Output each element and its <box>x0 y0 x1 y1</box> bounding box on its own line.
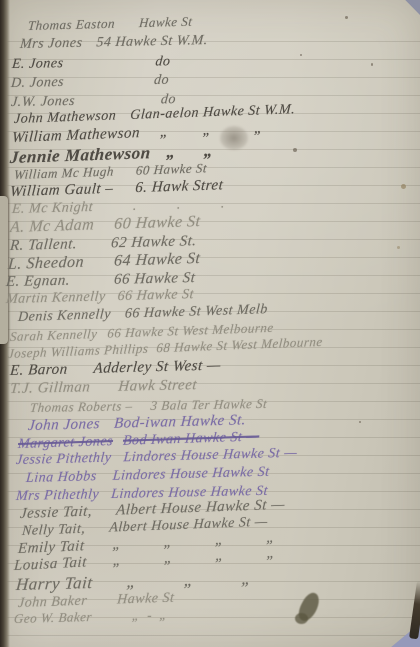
entry-address: 60 Hawke St <box>114 213 202 233</box>
entry-name: Harry Tait <box>15 573 93 594</box>
entry-address: Adderley St West — <box>93 357 221 376</box>
entry-name: A. Mc Adam <box>9 216 94 236</box>
entry-address: Bod-iwan Hawke St. <box>113 412 246 431</box>
entry-address: Lindores House Hawke St — <box>123 446 298 466</box>
entry-name: E. Jones <box>11 56 64 72</box>
entry-name: R. Tallent. <box>9 236 77 254</box>
entry-name: Lina Hobbs <box>25 469 97 486</box>
entry-name: John Mathewson <box>14 108 117 127</box>
entry-name: John Jones <box>27 416 100 434</box>
entry-name: E. Mc Knight <box>11 200 93 217</box>
entry-address: Hawke St <box>117 591 175 608</box>
entry-name: Geo W. Baker <box>13 609 92 626</box>
entry-name: William Gault – <box>9 181 113 200</box>
entry-address: 6. Hawk Stret <box>135 177 224 196</box>
entry-address: 64 Hawke St <box>113 250 201 270</box>
entry-address: 3 Bala Ter Hawke St <box>150 396 268 413</box>
entry-name: J.W. Jones <box>10 94 75 110</box>
entry-address: . . . <box>132 196 225 213</box>
entry-name: E. Baron <box>9 361 68 379</box>
register-entry: Geo W. Baker„ - „ <box>13 607 168 627</box>
entry-address: Lindores House Hawke St <box>112 465 270 484</box>
register-entry: D. Jonesdo <box>10 73 169 92</box>
entry-name: Jessie Pithethly <box>15 450 112 468</box>
entry-name: T.J. Gillman <box>9 379 91 397</box>
entry-name: L. Sheedon <box>7 254 84 273</box>
entry-name: Louisa Tait <box>14 554 88 574</box>
entry-address: 66 Hawke St West Melb <box>124 302 268 322</box>
entry-name: Martin Kennelly <box>5 289 106 307</box>
entry-address: 66 Hawke St <box>117 287 194 304</box>
register-page: Thomas EastonHawke StMrs Jones54 Hawke S… <box>0 0 420 647</box>
entry-address: do <box>160 92 176 107</box>
entry-address: Hawke St <box>138 14 193 30</box>
entry-name: Thomas Roberts – <box>29 398 133 415</box>
entry-address: 54 Hawke St W.M. <box>96 33 209 50</box>
entry-address: „ „ <box>166 141 214 162</box>
entry-address: 62 Hawke St. <box>110 233 197 251</box>
entry-address: Bod Iwan Hawke St — <box>122 429 259 448</box>
register-entry: T.J. GillmanHawk Street <box>9 377 197 398</box>
entry-address: do <box>153 73 169 88</box>
entry-address: 66 Hawke St <box>113 270 196 288</box>
entry-name: William Mathewson <box>12 125 141 146</box>
entry-name: Nelly Tait, <box>22 522 86 539</box>
entry-address: do <box>155 54 171 69</box>
entry-name: Mrs Jones <box>19 36 83 52</box>
entry-name: Margaret Jones <box>17 434 113 452</box>
entry-name: William Mc Hugh <box>14 163 115 182</box>
entry-address: „ - „ <box>132 607 168 623</box>
entry-name: Mrs Pithethly <box>15 487 99 504</box>
entry-address: 60 Hawke St <box>135 160 207 178</box>
entries-layer: Thomas EastonHawke StMrs Jones54 Hawke S… <box>0 0 420 647</box>
entry-address: Hawk Street <box>118 377 198 395</box>
entry-address: „ „ „ <box>126 569 252 591</box>
register-entry: Mrs Jones54 Hawke St W.M. <box>19 33 208 53</box>
entry-name: Sarah Kennelly <box>10 326 99 344</box>
entry-name: E. Egnan. <box>5 273 70 290</box>
register-entry: Thomas EastonHawke St <box>27 14 193 34</box>
entry-name: D. Jones <box>10 75 64 91</box>
register-entry: E. Jonesdo <box>11 54 171 73</box>
entry-address: „ „ „ <box>159 120 263 140</box>
entry-name: Thomas Easton <box>27 16 115 33</box>
entry-name: Jessie Tait, <box>19 503 92 522</box>
entry-name: Denis Kennelly <box>17 307 111 325</box>
